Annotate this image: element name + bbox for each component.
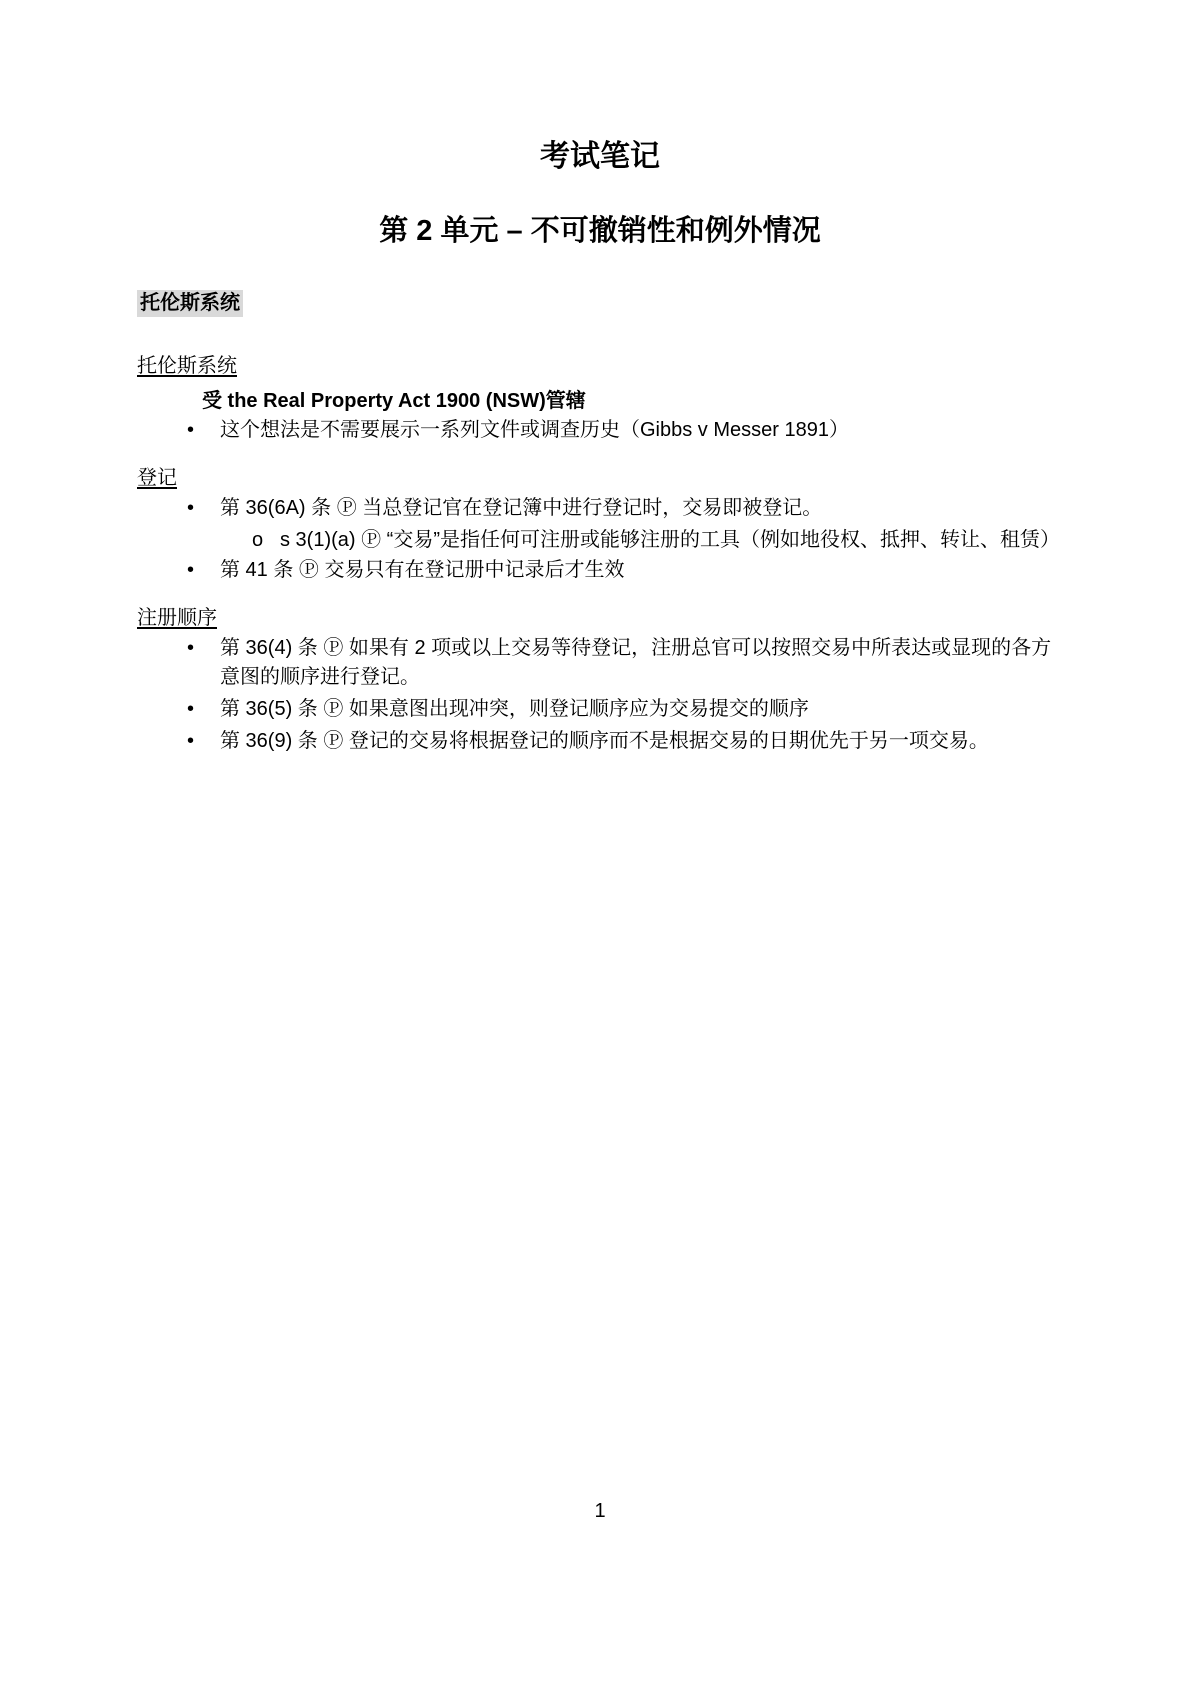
section-torrens: 托伦斯系统 受 the Real Property Act 1900 (NSW)… (137, 353, 1063, 445)
banner-row: 托伦斯系统 (137, 290, 1063, 317)
list-item-text: 第 36(4) 条 Ⓟ 如果有 2 项或以上交易等待登记，注册总官可以按照交易中… (220, 637, 1051, 688)
list-item: •第 36(4) 条 Ⓟ 如果有 2 项或以上交易等待登记，注册总官可以按照交易… (137, 634, 1063, 692)
section-heading-text: 登记 (137, 467, 177, 489)
list-item: •第 36(5) 条 Ⓟ 如果意图出现冲突，则登记顺序应为交易提交的顺序 (137, 695, 1063, 724)
intro-line: 受 the Real Property Act 1900 (NSW)管辖 (137, 387, 1063, 416)
sub-list-item: os 3(1)(a) Ⓟ “交易”是指任何可注册或能够注册的工具（例如地役权、抵… (137, 526, 1063, 554)
highlighted-heading: 托伦斯系统 (137, 290, 243, 317)
section-heading: 注册顺序 (137, 605, 1063, 631)
page-content: 考试笔记 第 2 单元 – 不可撤销性和例外情况 托伦斯系统 托伦斯系统 受 t… (137, 0, 1063, 759)
section-registration-order: 注册顺序 •第 36(4) 条 Ⓟ 如果有 2 项或以上交易等待登记，注册总官可… (137, 605, 1063, 756)
sub-bullet-icon: o (252, 526, 280, 554)
list-item: •第 36(6A) 条 Ⓟ 当总登记官在登记簿中进行登记时，交易即被登记。 (137, 494, 1063, 523)
document-page: 考试笔记 第 2 单元 – 不可撤销性和例外情况 托伦斯系统 托伦斯系统 受 t… (0, 0, 1200, 1696)
list-item-text: 第 36(9) 条 Ⓟ 登记的交易将根据登记的顺序而不是根据交易的日期优先于另一… (220, 730, 989, 752)
list-item: •这个想法是不需要展示一系列文件或调查历史（Gibbs v Messer 189… (137, 416, 1063, 445)
section-heading-text: 注册顺序 (137, 607, 217, 629)
list-item-text: 第 36(6A) 条 Ⓟ 当总登记官在登记簿中进行登记时，交易即被登记。 (220, 497, 822, 519)
bullet-icon: • (187, 727, 220, 756)
doc-title: 考试笔记 (137, 138, 1063, 176)
sub-list-item-text: s 3(1)(a) Ⓟ “交易”是指任何可注册或能够注册的工具（例如地役权、抵押… (280, 529, 1060, 551)
list-item-text: 第 36(5) 条 Ⓟ 如果意图出现冲突，则登记顺序应为交易提交的顺序 (220, 698, 809, 720)
list-item: •第 36(9) 条 Ⓟ 登记的交易将根据登记的顺序而不是根据交易的日期优先于另… (137, 727, 1063, 756)
bullet-icon: • (187, 634, 220, 663)
doc-subtitle: 第 2 单元 – 不可撤销性和例外情况 (137, 212, 1063, 250)
section-heading: 托伦斯系统 (137, 353, 1063, 379)
bullet-icon: • (187, 416, 220, 445)
section-registration: 登记 •第 36(6A) 条 Ⓟ 当总登记官在登记簿中进行登记时，交易即被登记。… (137, 465, 1063, 585)
section-heading-text: 托伦斯系统 (137, 355, 237, 377)
list-item-text: 这个想法是不需要展示一系列文件或调查历史（Gibbs v Messer 1891… (220, 419, 849, 441)
list-item: •第 41 条 Ⓟ 交易只有在登记册中记录后才生效 (137, 556, 1063, 585)
bullet-icon: • (187, 556, 220, 585)
list-item-text: 第 41 条 Ⓟ 交易只有在登记册中记录后才生效 (220, 559, 624, 581)
section-heading: 登记 (137, 465, 1063, 491)
bullet-icon: • (187, 494, 220, 523)
bullet-icon: • (187, 695, 220, 724)
page-number: 1 (0, 1498, 1200, 1524)
